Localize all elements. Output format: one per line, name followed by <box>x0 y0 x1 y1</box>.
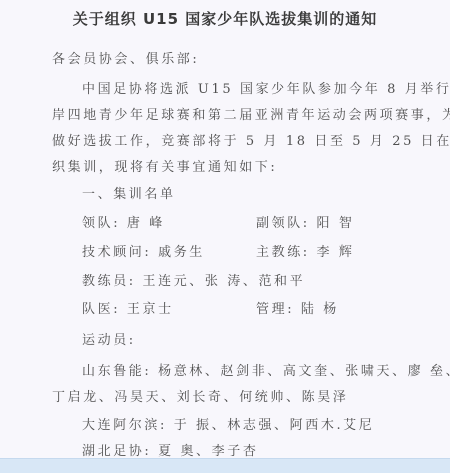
section-heading-roster: 一、集训名单 <box>82 183 176 202</box>
intro-line-2: 岸四地青少年足球赛和第二届亚洲青年运动会两项赛事，为 <box>52 104 450 123</box>
deputy-leader: 副领队: 阳 智 <box>256 212 354 231</box>
athletes-hubei: 湖北足协: 夏 奥、李子杏 <box>82 440 258 459</box>
document-page: 关于组织 U15 国家少年队选拔集训的通知 各会员协会、俱乐部: 中国足协将选派… <box>0 0 450 458</box>
team-doctor: 队医: 王京士 <box>82 298 174 317</box>
intro-line-1: 中国足协将选派 U15 国家少年队参加今年 8 月举行的两 <box>82 78 450 97</box>
athletes-heading: 运动员: <box>82 329 136 348</box>
athletes-dalian: 大连阿尔滨: 于 振、林志强、阿西木.艾尼 <box>82 414 374 433</box>
athletes-shandong-line-1: 山东鲁能: 杨意林、赵剑非、高文奎、张啸天、廖 垒、 <box>82 360 450 379</box>
head-coach: 主教练: 李 辉 <box>256 241 354 260</box>
intro-line-4: 织集训，现将有关事宜通知如下: <box>52 156 277 175</box>
team-leader: 领队: 唐 峰 <box>82 212 165 231</box>
document-title: 关于组织 U15 国家少年队选拔集训的通知 <box>0 8 450 29</box>
technical-advisor: 技术顾问: 戚务生 <box>82 241 205 260</box>
bottom-strip <box>0 458 450 473</box>
salutation: 各会员协会、俱乐部: <box>52 48 199 67</box>
manager: 管理: 陆 杨 <box>256 298 339 317</box>
intro-line-3: 做好选拔工作，竞赛部将于 5 月 18 日至 5 月 25 日在武汉组 <box>52 130 450 149</box>
athletes-shandong-line-2: 丁启龙、冯昊天、刘长奇、何统帅、陈昊泽 <box>52 386 348 405</box>
coaches: 教练员: 王连元、张 涛、范和平 <box>82 270 305 289</box>
